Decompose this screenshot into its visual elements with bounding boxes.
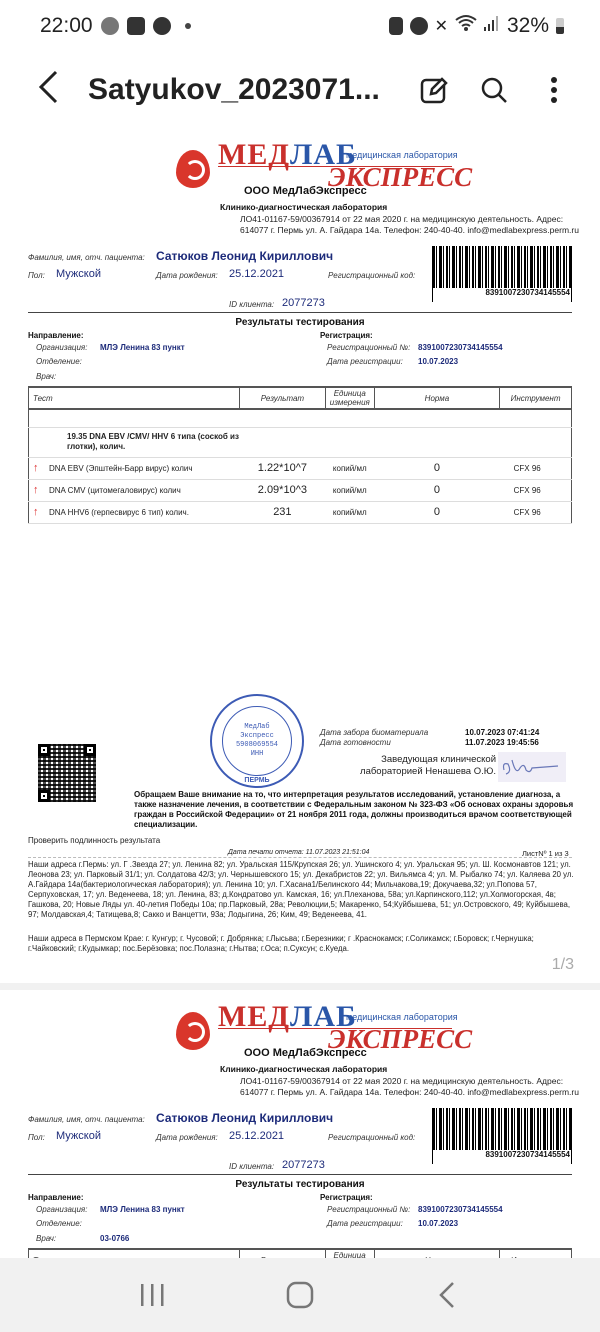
stamp-line-3: 5908069554 — [236, 741, 278, 750]
results-table-page2: Тест Результат Единица измерения Норма И… — [28, 1248, 572, 1258]
table-row: ↑DNA HHV6 (герпесвирус 6 тип) колич.231к… — [29, 501, 572, 523]
dob-label: Дата рождения: — [156, 271, 218, 280]
chrome-icon — [153, 17, 171, 35]
reg-date: 10.07.2023 — [418, 357, 458, 366]
home-button[interactable] — [270, 1275, 330, 1315]
collection-date: 10.07.2023 07:41:24 — [465, 728, 539, 737]
status-time: 22:00 — [40, 14, 93, 38]
reg-code-label: Регистрационный код: — [328, 271, 415, 280]
search-icon — [479, 75, 509, 105]
reg-number-label: Регистрационный №: — [327, 1205, 410, 1214]
referral-org: МЛЭ Ленина 83 пункт — [100, 1205, 185, 1214]
doctor-code: 03-0766 — [100, 1234, 129, 1243]
test-name: DNA CMV (цитомегаловирус) колич — [49, 486, 181, 495]
barcode-number: 8391007230734145554 — [433, 288, 571, 297]
license-info: ЛО41-01167-59/00367914 от 22 мая 2020 г.… — [240, 1076, 580, 1098]
table-row: ↑DNA EBV (Эпштейн-Барр вирус) колич1.22*… — [29, 457, 572, 479]
logo-subtitle: медицинская лаборатория — [346, 1012, 458, 1022]
test-name: DNA HHV6 (герпесвирус 6 тип) колич. — [49, 508, 189, 517]
col-norm: Норма — [374, 1249, 499, 1258]
group-name: 19.35 DNA EBV /CMV/ HHV 6 типа (соскоб и… — [67, 432, 257, 452]
edit-icon — [419, 75, 449, 105]
table-row: ↑DNA CMV (цитомегаловирус) колич2.09*10^… — [29, 479, 572, 501]
col-test: Тест — [29, 387, 240, 409]
test-result: 2.09*10^3 — [239, 479, 325, 501]
arrow-up-icon: ↑ — [33, 462, 49, 474]
pdf-page-2: МЕДЛАБ медицинская лаборатория ЭКСПРЕСС … — [0, 990, 600, 1258]
license-line-2: 614077 г. Пермь ул. А. Гайдара 14а. Теле… — [240, 225, 580, 236]
test-name: DNA EBV (Эпштейн-Барр вирус) колич — [49, 464, 193, 473]
test-norm: 0 — [374, 479, 499, 501]
verify-link[interactable]: Проверить подлинность результата — [28, 836, 160, 845]
medlab-logo: МЕДЛАБ медицинская лаборатория ЭКСПРЕСС — [176, 138, 438, 188]
alarm-icon — [410, 17, 428, 35]
sex-label: Пол: — [28, 1133, 45, 1142]
logo-drop-icon — [176, 1012, 210, 1050]
reg-number: 8391007230734145554 — [418, 343, 503, 352]
results-table: Тест Результат Единица измерения Норма И… — [28, 386, 572, 524]
back-icon — [437, 1281, 457, 1309]
signer: Заведующая клинической лабораторией Нена… — [346, 754, 496, 778]
pdf-viewer[interactable]: МЕДЛАБ медицинская лаборатория ЭКСПРЕСС … — [0, 128, 600, 1258]
license-info: ЛО41-01167-59/00367914 от 22 мая 2020 г.… — [240, 214, 580, 236]
app-bar: Satyukov_2023071... — [0, 52, 600, 128]
stamp-line-4: ИНН — [236, 750, 278, 759]
license-line-1: ЛО41-01167-59/00367914 от 22 мая 2020 г.… — [240, 214, 580, 225]
edit-button[interactable] — [418, 74, 450, 106]
test-instrument: CFX 96 — [500, 479, 572, 501]
col-unit: Единица измерения — [325, 1249, 374, 1258]
test-result: 1.22*10^7 — [239, 457, 325, 479]
test-norm: 0 — [374, 457, 499, 479]
recent-apps-button[interactable] — [123, 1275, 183, 1315]
patient-dob: 25.12.2021 — [229, 268, 284, 280]
stamp-city: ПЕРМЬ — [244, 777, 269, 784]
patient-name: Сатюков Леонид Кириллович — [156, 249, 333, 263]
qr-code[interactable] — [38, 744, 96, 802]
col-norm: Норма — [374, 387, 499, 409]
doctor-label: Врач: — [36, 1234, 56, 1243]
reg-number-label: Регистрационный №: — [327, 343, 410, 352]
reg-code-label: Регистрационный код: — [328, 1133, 415, 1142]
dept-label: Отделение: — [36, 1219, 82, 1228]
battery-percent: 32% — [507, 14, 549, 38]
back-button[interactable] — [36, 69, 76, 112]
stamp-line-2: Экспресс — [236, 732, 278, 741]
referral-heading: Направление: — [28, 331, 84, 340]
col-unit: Единица измерения — [325, 387, 374, 409]
barcode-number: 8391007230734145554 — [433, 1150, 571, 1159]
registration-heading: Регистрация: — [320, 1193, 373, 1202]
print-date: Дата печати отчета: 11.07.2023 21:51:04 — [228, 849, 369, 856]
reg-date: 10.07.2023 — [418, 1219, 458, 1228]
dept-label: Отделение: — [36, 357, 82, 366]
barcode: 8391007230734145554 — [432, 246, 572, 302]
referral-heading: Направление: — [28, 1193, 84, 1202]
col-result: Результат — [239, 387, 325, 409]
barcode-bars — [433, 246, 571, 288]
addresses-region: Наши адреса в Пермском Крае: г. Кунгур; … — [28, 934, 574, 954]
org-name: ООО МедЛабЭкспресс — [244, 1047, 367, 1059]
doctor-label: Врач: — [36, 372, 56, 381]
face-widget-icon — [101, 17, 119, 35]
client-id: 2077273 — [282, 1159, 325, 1171]
stamp-line-1: МедЛаб — [236, 723, 278, 732]
license-line-2: 614077 г. Пермь ул. А. Гайдара 14а. Теле… — [240, 1087, 580, 1098]
page-indicator: 1/3 — [552, 956, 574, 974]
lab-type: Клинико-диагностическая лаборатория — [220, 1064, 387, 1074]
more-vertical-icon — [550, 75, 558, 105]
signal-icon — [484, 14, 500, 38]
test-instrument: CFX 96 — [500, 457, 572, 479]
chevron-left-icon — [36, 69, 60, 105]
ready-date-label: Дата готовности — [320, 738, 391, 747]
arrow-up-icon: ↑ — [33, 484, 49, 496]
patient-name-label: Фамилия, имя, отч. пациента: — [28, 253, 145, 262]
pdf-page-1: МЕДЛАБ медицинская лаборатория ЭКСПРЕСС … — [0, 128, 600, 983]
org-name: ООО МедЛабЭкспресс — [244, 185, 367, 197]
navigation-bar — [0, 1258, 600, 1332]
registration-heading: Регистрация: — [320, 331, 373, 340]
reg-number: 8391007230734145554 — [418, 1205, 503, 1214]
sex-label: Пол: — [28, 271, 45, 280]
patient-sex: Мужской — [56, 1130, 101, 1142]
col-result: Результат — [239, 1249, 325, 1258]
document-title: Satyukov_2023071... — [88, 73, 406, 107]
ready-date: 11.07.2023 19:45:56 — [465, 738, 539, 747]
lab-type: Клинико-диагностическая лаборатория — [220, 202, 387, 212]
test-norm: 0 — [374, 501, 499, 523]
logo-drop-icon — [176, 150, 210, 188]
client-id-label: ID клиента: — [229, 1162, 274, 1171]
reg-date-label: Дата регистрации: — [327, 357, 403, 366]
barcode: 8391007230734145554 — [432, 1108, 572, 1164]
recent-apps-icon — [138, 1282, 168, 1308]
status-bar: 22:00 ✕ 32% — [0, 0, 600, 52]
results-title: Результаты тестирования — [0, 1179, 600, 1190]
reg-date-label: Дата регистрации: — [327, 1219, 403, 1228]
logo-subtitle: медицинская лаборатория — [346, 150, 458, 160]
patient-name-label: Фамилия, имя, отч. пациента: — [28, 1115, 145, 1124]
signer-line-2: лабораторией Ненашева О.Ю. — [346, 766, 496, 778]
notification-dot-icon — [185, 23, 191, 29]
patient-name: Сатюков Леонид Кириллович — [156, 1111, 333, 1125]
test-unit: копий/мл — [325, 479, 374, 501]
mute-icon: ✕ — [435, 16, 448, 36]
battery-icon — [556, 18, 564, 34]
org-label: Организация: — [36, 343, 87, 352]
org-label: Организация: — [36, 1205, 87, 1214]
test-instrument: CFX 96 — [500, 501, 572, 523]
wifi-icon — [455, 14, 477, 38]
home-icon — [286, 1281, 314, 1309]
table-group-row: 19.35 DNA EBV /CMV/ HHV 6 типа (соскоб и… — [29, 427, 572, 457]
medlab-logo-page2: МЕДЛАБ медицинская лаборатория ЭКСПРЕСС — [176, 1000, 438, 1050]
col-instrument: Инструмент — [500, 387, 572, 409]
referral-org: МЛЭ Ленина 83 пункт — [100, 343, 185, 352]
addresses-perm: Наши адреса г.Пермь: ул. Г .Звезда 27; у… — [28, 860, 574, 920]
battery-saver-icon — [389, 17, 403, 35]
test-result: 231 — [239, 501, 325, 523]
arrow-up-icon: ↑ — [33, 506, 49, 518]
patient-dob: 25.12.2021 — [229, 1130, 284, 1142]
patient-sex: Мужской — [56, 268, 101, 280]
col-test: Тест — [29, 1249, 240, 1258]
collection-date-label: Дата забора биоматериала — [320, 728, 428, 737]
client-id: 2077273 — [282, 297, 325, 309]
license-line-1: ЛО41-01167-59/00367914 от 22 мая 2020 г.… — [240, 1076, 580, 1087]
company-stamp: МедЛаб Экспресс 5908069554 ИНН ПЕРМЬ — [210, 694, 304, 788]
table-spacer-row — [29, 409, 572, 427]
gallery-icon — [127, 17, 145, 35]
results-title: Результаты тестирования — [0, 317, 600, 328]
search-button[interactable] — [478, 74, 510, 106]
medical-notice: Обращаем Ваше внимание на то, что интерп… — [134, 790, 574, 830]
nav-back-button[interactable] — [417, 1275, 477, 1315]
more-options-button[interactable] — [538, 74, 570, 106]
col-instrument: Инструмент — [500, 1249, 572, 1258]
dob-label: Дата рождения: — [156, 1133, 218, 1142]
test-unit: копий/мл — [325, 457, 374, 479]
client-id-label: ID клиента: — [229, 300, 274, 309]
signer-line-1: Заведующая клинической — [346, 754, 496, 766]
signature — [498, 752, 566, 782]
test-unit: копий/мл — [325, 501, 374, 523]
